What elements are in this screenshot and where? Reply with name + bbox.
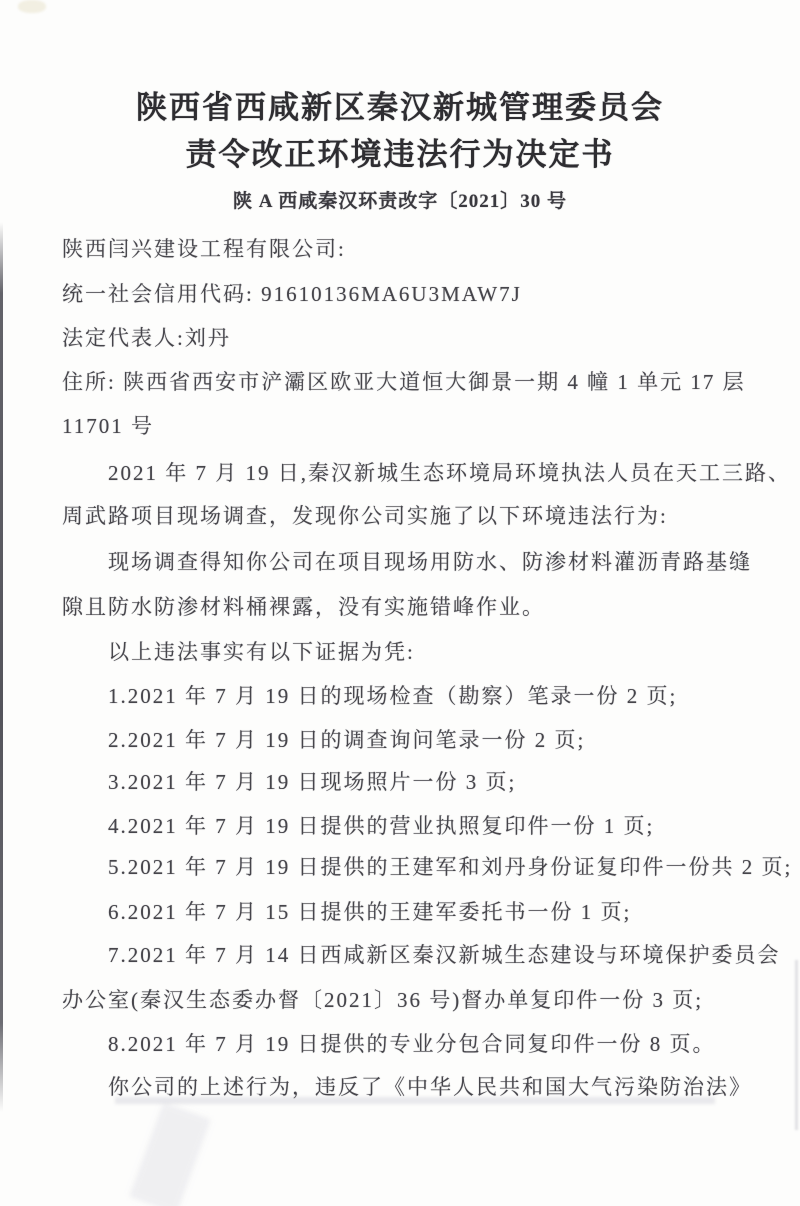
legal-representative-line: 法定代表人:刘丹 (62, 322, 231, 352)
findings-paragraph-line-2: 隙且防水防渗材料桶裸露，没有实施错峰作业。 (62, 591, 545, 621)
evidence-item-8: 8.2021 年 7 月 19 日提供的专业分包合同复印件一份 8 页。 (108, 1028, 716, 1058)
document-title-line-1: 陕西省西咸新区秦汉新城管理委员会 (0, 82, 800, 127)
inspection-paragraph-line-1: 2021 年 7 月 19 日,秦汉新城生态环境局环境执法人员在天工三路、 (108, 457, 791, 487)
evidence-item-4: 4.2021 年 7 月 19 日提供的营业执照复印件一份 1 页; (108, 810, 654, 840)
evidence-item-1: 1.2021 年 7 月 19 日的现场检查（勘察）笔录一份 2 页; (108, 680, 677, 710)
document-page: 陕西省西咸新区秦汉新城管理委员会 责令改正环境违法行为决定书 陕 A 西咸秦汉环… (0, 0, 800, 1206)
evidence-item-3: 3.2021 年 7 月 19 日现场照片一份 3 页; (108, 766, 516, 796)
inspection-paragraph-line-2: 周武路项目现场调查，发现你公司实施了以下环境违法行为: (62, 500, 668, 530)
credit-code-line: 统一社会信用代码: 91610136MA6U3MAW7J (62, 278, 522, 308)
photo-smudge-bottom-left (129, 1102, 210, 1206)
address-line-1: 住所: 陕西省西安市浐灞区欧亚大道恒大御景一期 4 幢 1 单元 17 层 (62, 366, 746, 396)
evidence-intro-line: 以上违法事实有以下证据为凭: (108, 636, 415, 666)
page-edge-shadow-left (0, 222, 3, 1112)
document-title-line-2: 责令改正环境违法行为决定书 (0, 129, 800, 174)
evidence-item-5: 5.2021 年 7 月 19 日提供的王建军和刘丹身份证复印件一份共 2 页; (108, 851, 792, 881)
address-line-2: 11701 号 (62, 410, 154, 440)
evidence-item-7-line-2: 办公室(秦汉生态委办督〔2021〕36 号)督办单复印件一份 3 页; (62, 984, 703, 1014)
document-number: 陕 A 西咸秦汉环责改字〔2021〕30 号 (0, 186, 800, 213)
page-edge-shadow-right (795, 960, 798, 1130)
findings-paragraph-line-1: 现场调查得知你公司在项目现场用防水、防渗材料灌沥青路基缝 (108, 546, 752, 576)
evidence-item-7-line-1: 7.2021 年 7 月 14 日西咸新区秦汉新城生态建设与环境保护委员会 (108, 939, 781, 969)
evidence-item-6: 6.2021 年 7 月 15 日提供的王建军委托书一份 1 页; (108, 896, 631, 926)
photo-smudge-top-left (18, 0, 46, 13)
violation-statement-line: 你公司的上述行为，违反了《中华人民共和国大气污染防治法》 (108, 1071, 752, 1101)
recipient-line: 陕西闫兴建设工程有限公司: (62, 233, 346, 263)
evidence-item-2: 2.2021 年 7 月 19 日的调查询问笔录一份 2 页; (108, 724, 585, 754)
